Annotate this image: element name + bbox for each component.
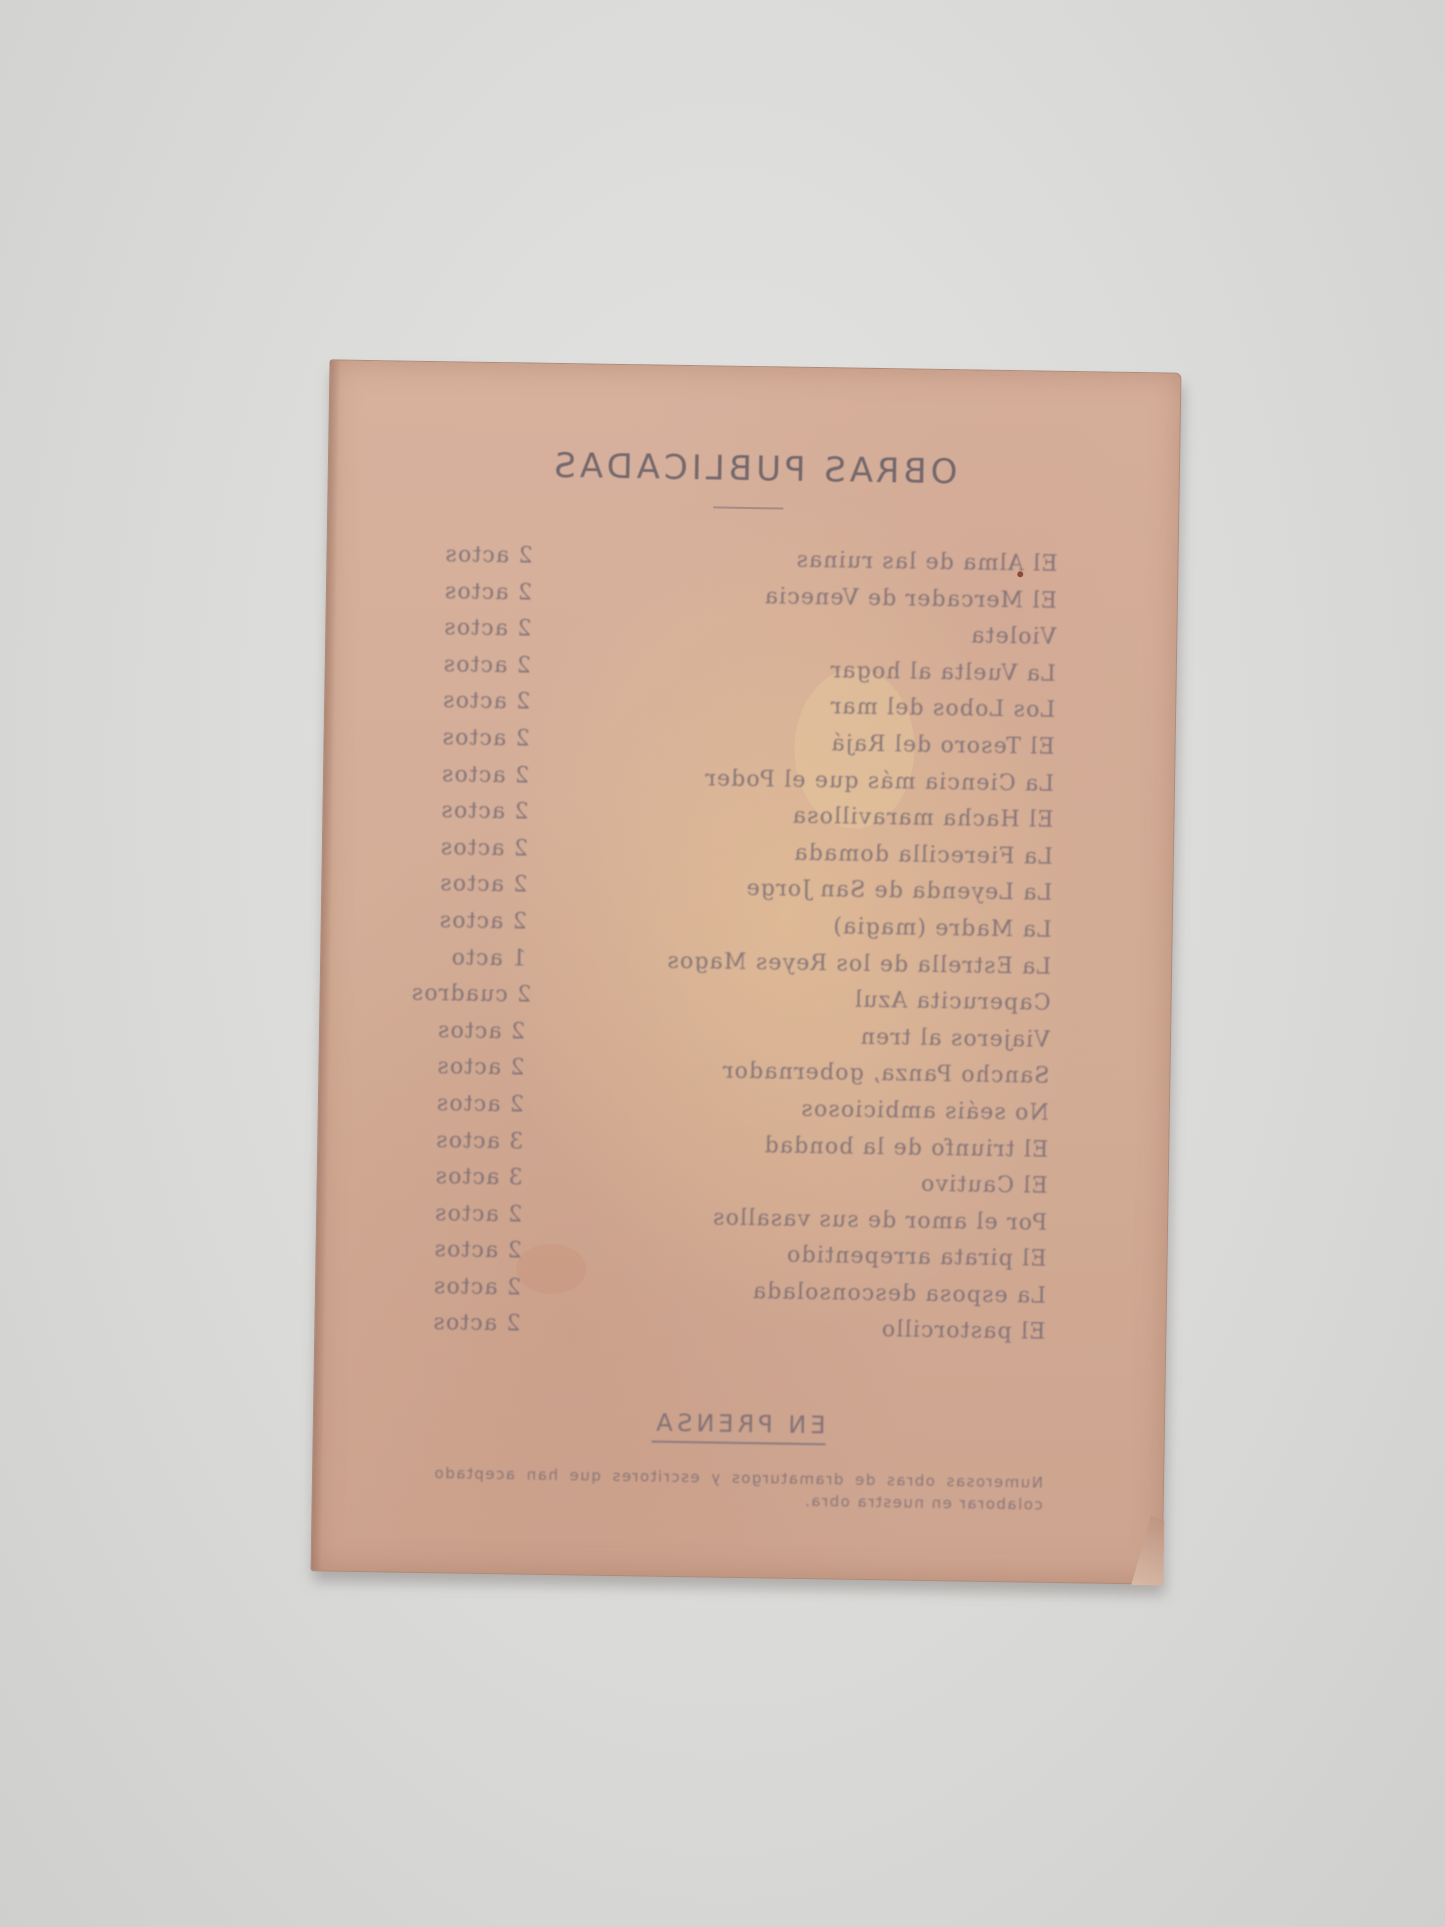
work-title: La Estrella de los Reyes Magos — [666, 948, 1051, 979]
work-title: El triunfo de la bondad — [763, 1133, 1048, 1162]
work-title: Caperucita Azul — [854, 988, 1051, 1016]
work-title: La Leyenda de San Jorge — [745, 876, 1052, 906]
press-heading-text: EN PRENSA — [652, 1409, 826, 1446]
work-length: 2 actos — [407, 1200, 522, 1227]
press-heading: EN PRENSA — [314, 1403, 1164, 1444]
work-title: Viajeros al tren — [859, 1025, 1050, 1053]
work-title: El Alma de las ruinas — [795, 548, 1057, 577]
work-title: El Mercader de Venecia — [763, 584, 1057, 614]
work-title: El Tesoro del Rajá — [830, 731, 1055, 760]
show-through-print: OBRAS PUBLICADAS El Alma de las ruinas2 … — [312, 360, 1181, 1583]
work-length: 2 actos — [405, 1310, 520, 1337]
work-title: La Ciencia más que el Poder — [704, 766, 1054, 796]
work-length: 2 actos — [413, 835, 528, 862]
work-length: 2 actos — [410, 1017, 525, 1044]
work-length: 2 actos — [409, 1054, 524, 1081]
work-title: El pastorcillo — [881, 1318, 1046, 1346]
work-length: 2 actos — [417, 542, 532, 569]
work-title: El Hacha maravillosa — [791, 804, 1053, 833]
work-title: El Cautivo — [920, 1172, 1048, 1199]
work-title: Violeta — [970, 624, 1057, 650]
work-length: 1 acto — [411, 944, 526, 971]
work-title: Por el amor de sus vasallos — [712, 1205, 1048, 1235]
work-title: La Vuelta al hogar — [829, 658, 1056, 687]
work-length: 2 cuadros — [410, 981, 531, 1008]
work-title: La Fierecilla domada — [793, 840, 1053, 869]
work-title: No seáis ambiciosos — [800, 1097, 1049, 1126]
work-length: 2 actos — [409, 1091, 524, 1118]
work-length: 2 actos — [406, 1237, 521, 1264]
work-length: 2 actos — [406, 1274, 521, 1301]
work-title: Los Lobos del mar — [829, 695, 1055, 724]
works-list: El Alma de las ruinas2 actosEl Mercader … — [405, 542, 1058, 1357]
booklet-back-cover: OBRAS PUBLICADAS El Alma de las ruinas2 … — [311, 359, 1182, 1584]
work-length: 2 actos — [413, 798, 528, 825]
work-title: Sancho Panza, gobernador — [721, 1059, 1049, 1089]
work-length: 2 actos — [412, 908, 527, 935]
press-note: Numerosas obras de dramaturgos y escrito… — [433, 1462, 1044, 1516]
work-length: 2 actos — [414, 725, 529, 752]
work-length: 2 actos — [414, 761, 529, 788]
work-title: La Madre (magia) — [832, 914, 1052, 942]
work-length: 2 actos — [412, 871, 527, 898]
work-length: 3 actos — [408, 1164, 523, 1191]
work-title: El pirata arrepentido — [786, 1243, 1047, 1272]
title-rule — [713, 506, 783, 509]
work-length: 2 actos — [417, 578, 532, 605]
work-title: La esposa desconsolada — [752, 1279, 1047, 1309]
work-length: 2 actos — [415, 688, 530, 715]
page-title: OBRAS PUBLICADAS — [329, 442, 1180, 495]
work-length: 3 actos — [408, 1127, 523, 1154]
work-length: 2 actos — [416, 615, 531, 642]
work-length: 2 actos — [416, 652, 531, 679]
